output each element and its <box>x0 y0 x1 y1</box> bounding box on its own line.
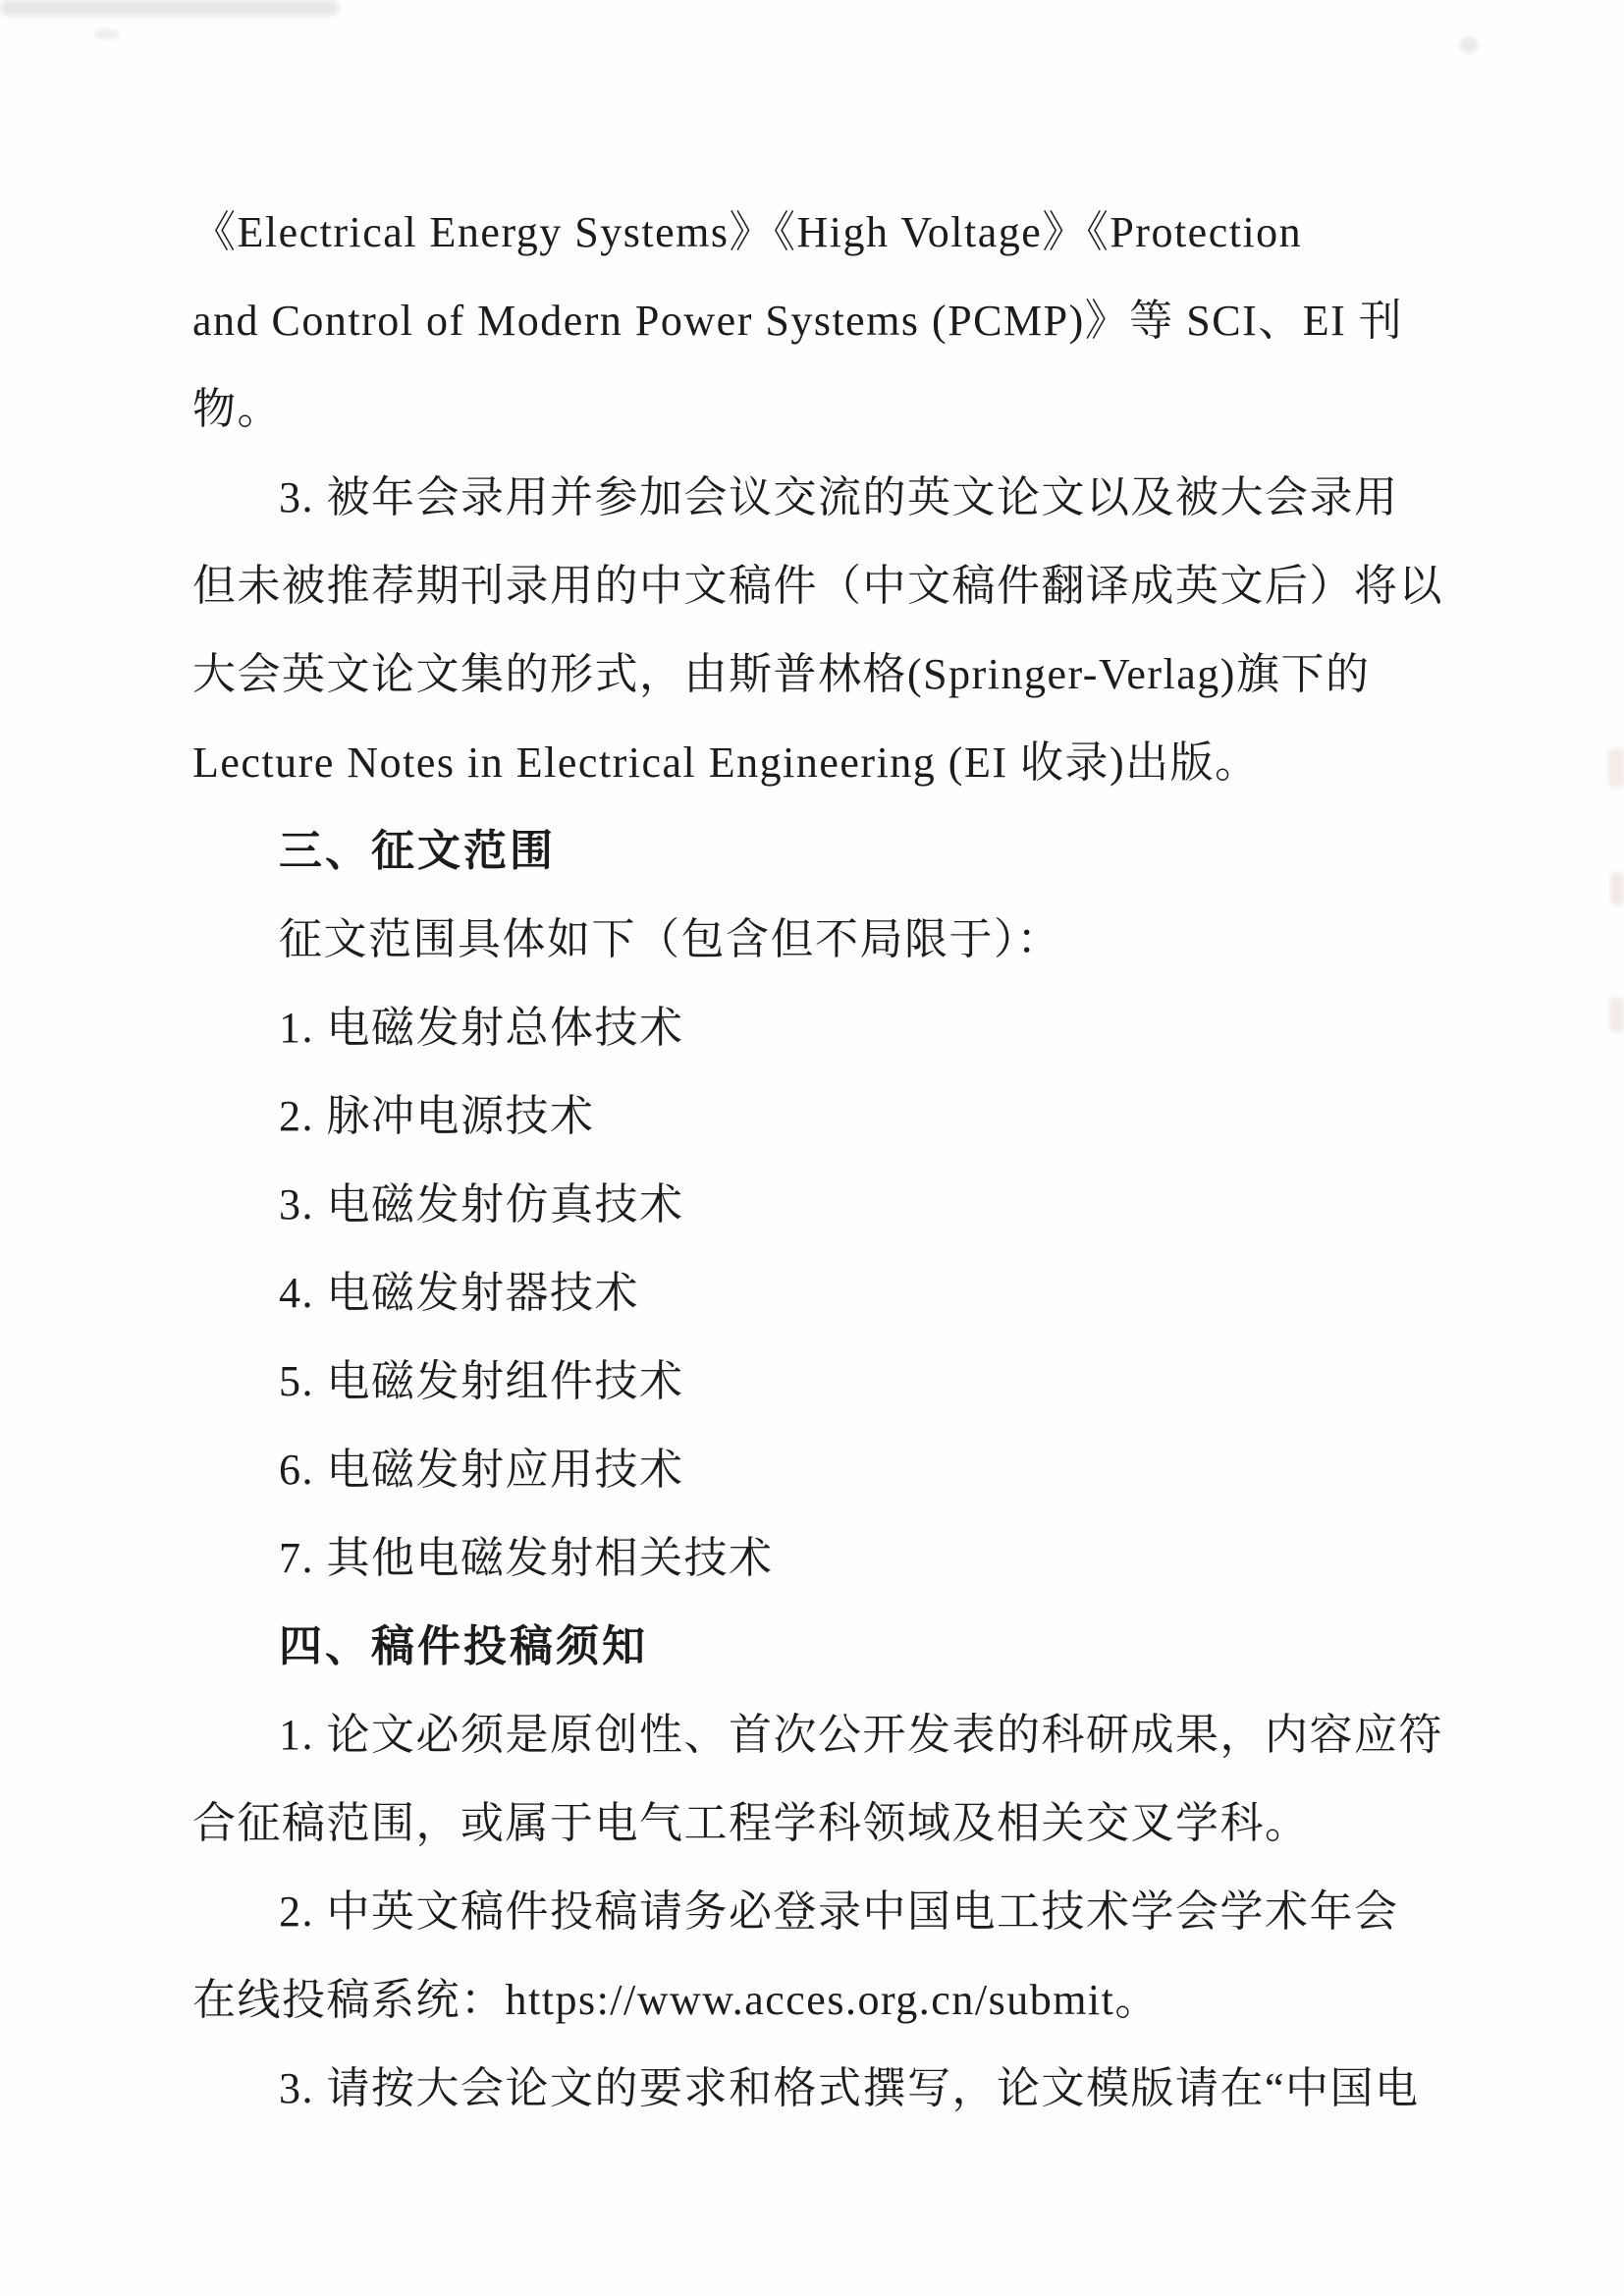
scanned-document-page: 《Electrical Energy Systems》《High Voltage… <box>0 0 1624 2296</box>
scope-item-3: 3. 电磁发射仿真技术 <box>192 1161 1439 1249</box>
text-line-item3-1: 3. 被年会录用并参加会议交流的英文论文以及被大会录用 <box>192 454 1439 542</box>
scan-artifact <box>1610 872 1624 905</box>
submission-note-2-line-2: 在线投稿系统：https://www.acces.org.cn/submit。 <box>192 1956 1439 2045</box>
submission-note-2-line-1: 2. 中英文稿件投稿请务必登录中国电工技术学会学术年会 <box>192 1868 1439 1956</box>
text-line-item3-4: Lecture Notes in Electrical Engineering … <box>192 719 1439 807</box>
scan-artifact <box>1459 37 1479 53</box>
scan-artifact <box>1609 997 1624 1032</box>
text-line-journals-2: and Control of Modern Power Systems (PCM… <box>192 277 1439 365</box>
scope-item-6: 6. 电磁发射应用技术 <box>192 1426 1439 1514</box>
text-line-journals-3: 物。 <box>192 365 1439 454</box>
scope-item-5: 5. 电磁发射组件技术 <box>192 1338 1439 1426</box>
section-heading-4: 四、稿件投稿须知 <box>192 1603 1439 1691</box>
scope-item-2: 2. 脉冲电源技术 <box>192 1072 1439 1161</box>
text-line-scope-intro: 征文范围具体如下（包含但不局限于）： <box>192 896 1439 984</box>
scope-item-1: 1. 电磁发射总体技术 <box>192 984 1439 1072</box>
document-body: 《Electrical Energy Systems》《High Voltage… <box>192 189 1439 2133</box>
scope-item-4: 4. 电磁发射器技术 <box>192 1249 1439 1338</box>
scan-artifact <box>0 0 339 16</box>
submission-note-3-line-1: 3. 请按大会论文的要求和格式撰写，论文模版请在“中国电 <box>192 2045 1439 2133</box>
section-heading-3: 三、征文范围 <box>192 807 1439 896</box>
scope-item-7: 7. 其他电磁发射相关技术 <box>192 1514 1439 1603</box>
submission-note-1-line-2: 合征稿范围，或属于电气工程学科领域及相关交叉学科。 <box>192 1779 1439 1868</box>
text-line-item3-2: 但未被推荐期刊录用的中文稿件（中文稿件翻译成英文后）将以 <box>192 542 1439 630</box>
scan-artifact <box>94 29 120 39</box>
text-line-item3-3: 大会英文论文集的形式，由斯普林格(Springer-Verlag)旗下的 <box>192 630 1439 719</box>
text-line-journals-1: 《Electrical Energy Systems》《High Voltage… <box>192 189 1439 277</box>
submission-note-1-line-1: 1. 论文必须是原创性、首次公开发表的科研成果，内容应符 <box>192 1691 1439 1779</box>
scan-artifact <box>1608 748 1624 788</box>
